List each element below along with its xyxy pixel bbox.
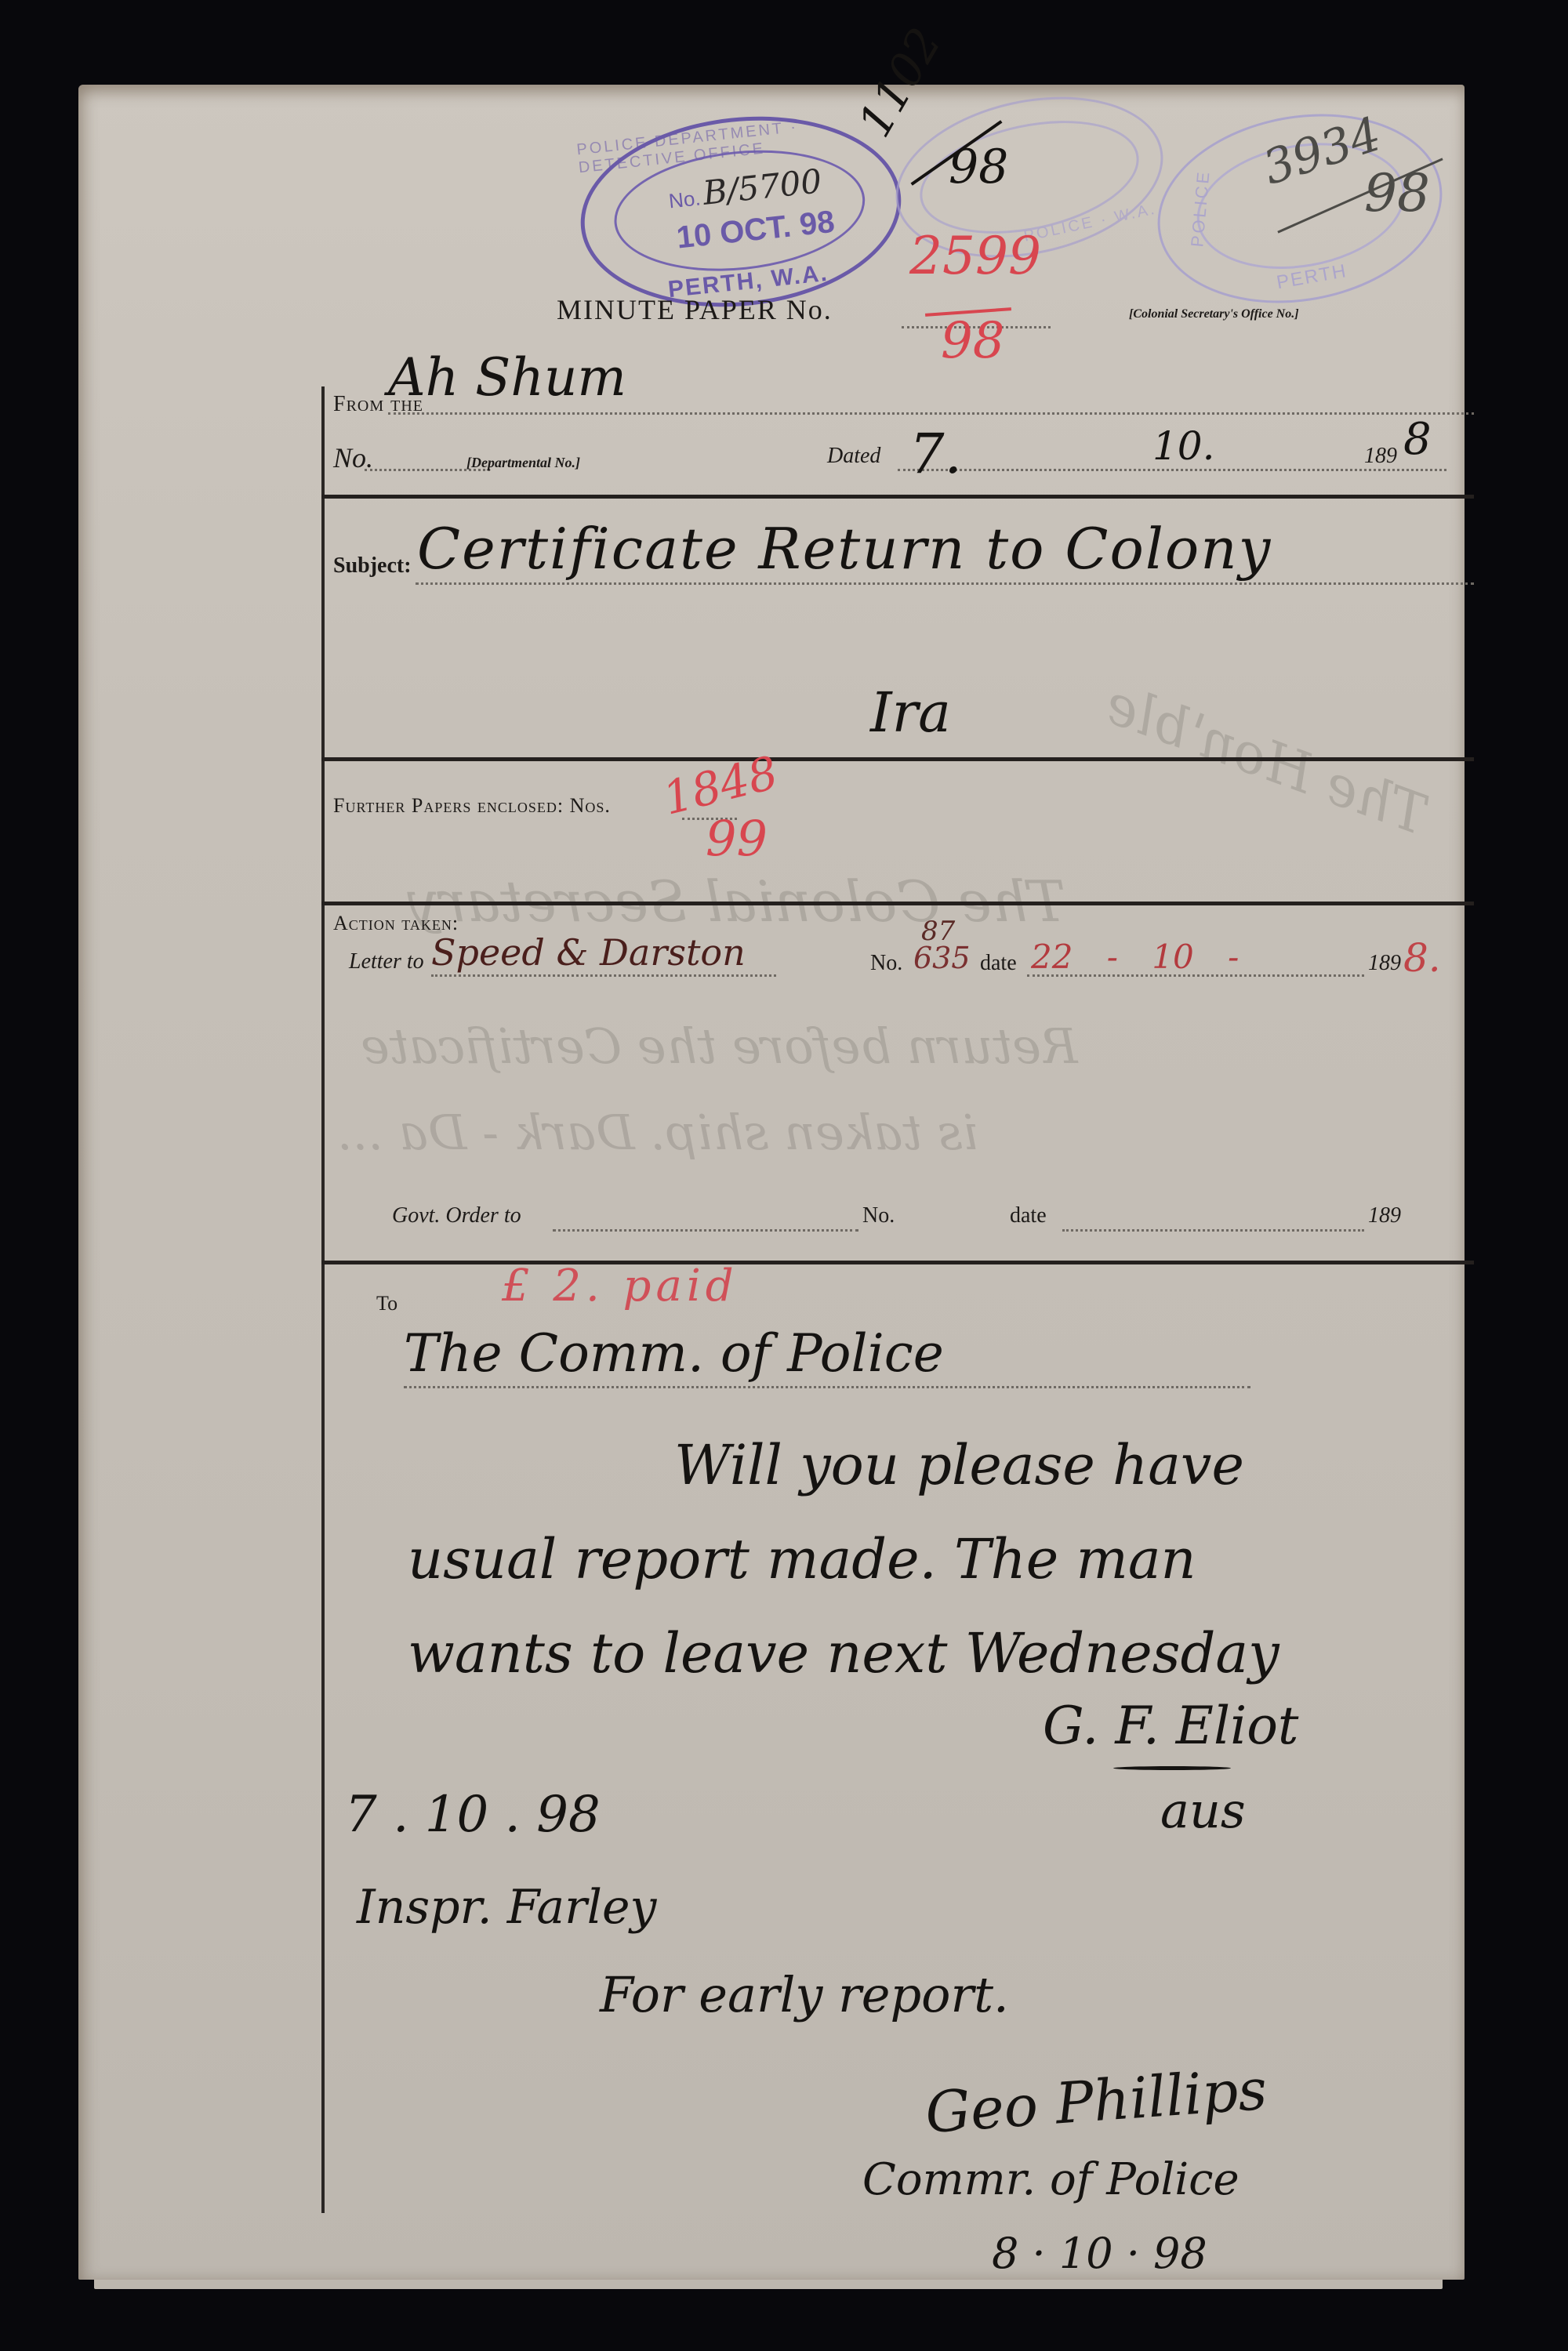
date-second-minute: 8 · 10 · 98 [992, 2229, 1207, 2278]
signature-phillips: Geo Phillips [924, 2056, 1269, 2146]
reference-number-grey: 3934 98 [1262, 116, 1466, 234]
signature-phillips-title: Commr. of Police [862, 2154, 1240, 2205]
further-papers-label: Further Papers enclosed: Nos. [333, 794, 611, 818]
govt-date-label: date [1010, 1203, 1047, 1228]
bleed-through-line: is taken ship. Dark - Da ... [337, 1104, 978, 1161]
dated-day: 7. [909, 422, 962, 486]
letter-date-label: date [980, 951, 1017, 976]
colonial-office-label: [Colonial Secretary's Office No.] [1129, 307, 1299, 321]
dated-year-prefix: 189 [1364, 444, 1397, 469]
to-label: To [376, 1292, 397, 1315]
letter-no-label: No. [870, 951, 902, 976]
left-margin-rule [321, 386, 325, 2213]
addressee-farley: Inspr. Farley [357, 1880, 656, 1935]
subject-value: Certificate Return to Colony [417, 516, 1272, 582]
letter-to-label: Letter to [349, 949, 424, 974]
stamp-no-prefix: No. [668, 186, 702, 213]
letter-to-value: Speed & Darston [431, 931, 746, 974]
instruction-early-report: For early report. [600, 1966, 1009, 2023]
section-divider [321, 757, 1474, 761]
section-divider [321, 1261, 1474, 1264]
govt-year-prefix: 189 [1368, 1203, 1401, 1228]
subject-initials: Ira [870, 680, 951, 745]
letter-year-prefix: 189 [1368, 951, 1401, 976]
dated-label: Dated [827, 444, 880, 469]
body-line: usual report made. The man [408, 1527, 1196, 1591]
govt-order-label: Govt. Order to [392, 1203, 521, 1228]
subject-label: Subject: [333, 553, 412, 579]
letter-year-suffix: 8. [1403, 935, 1441, 981]
signature-eliot: G. F. Eliot [1043, 1696, 1298, 1756]
signature-underline [1113, 1766, 1231, 1770]
govt-no-label: No. [862, 1203, 895, 1228]
police-department-stamp: POLICE DEPARTMENT · DETECTIVE OFFICE No.… [572, 101, 911, 322]
to-value: The Comm. of Police [404, 1323, 944, 1384]
from-value: Ah Shum [388, 347, 626, 408]
date-first-minute: 7 . 10 . 98 [345, 1786, 601, 1844]
section-divider [321, 495, 1474, 499]
fee-note: £ 2. paid [502, 1261, 739, 1312]
departmental-no-hint: [Departmental No.] [466, 455, 580, 471]
body-line: Will you please have [674, 1433, 1244, 1497]
minute-paper-sheet: The Hon'ble The Colonial Secretary Retur… [78, 85, 1465, 2280]
minute-paper-red-number: 2599 98 [909, 218, 1035, 406]
letter-date-value: 22 - 10 - [1031, 938, 1239, 976]
body-line: wants to leave next Wednesday [408, 1621, 1279, 1685]
form-title: MINUTE PAPER No. [557, 293, 833, 326]
signature-eliot-title: aus [1160, 1782, 1246, 1839]
further-papers-number-bottom: 99 [706, 810, 768, 867]
letter-no-value: 635 [913, 941, 971, 975]
dated-year-suffix: 8 [1403, 414, 1432, 465]
bleed-through-line: Return before the Certificate [361, 1018, 1078, 1075]
reference-number-black: 1102 98 [894, 77, 1019, 210]
dated-month: 10. [1152, 423, 1215, 469]
section-divider [321, 902, 1474, 905]
